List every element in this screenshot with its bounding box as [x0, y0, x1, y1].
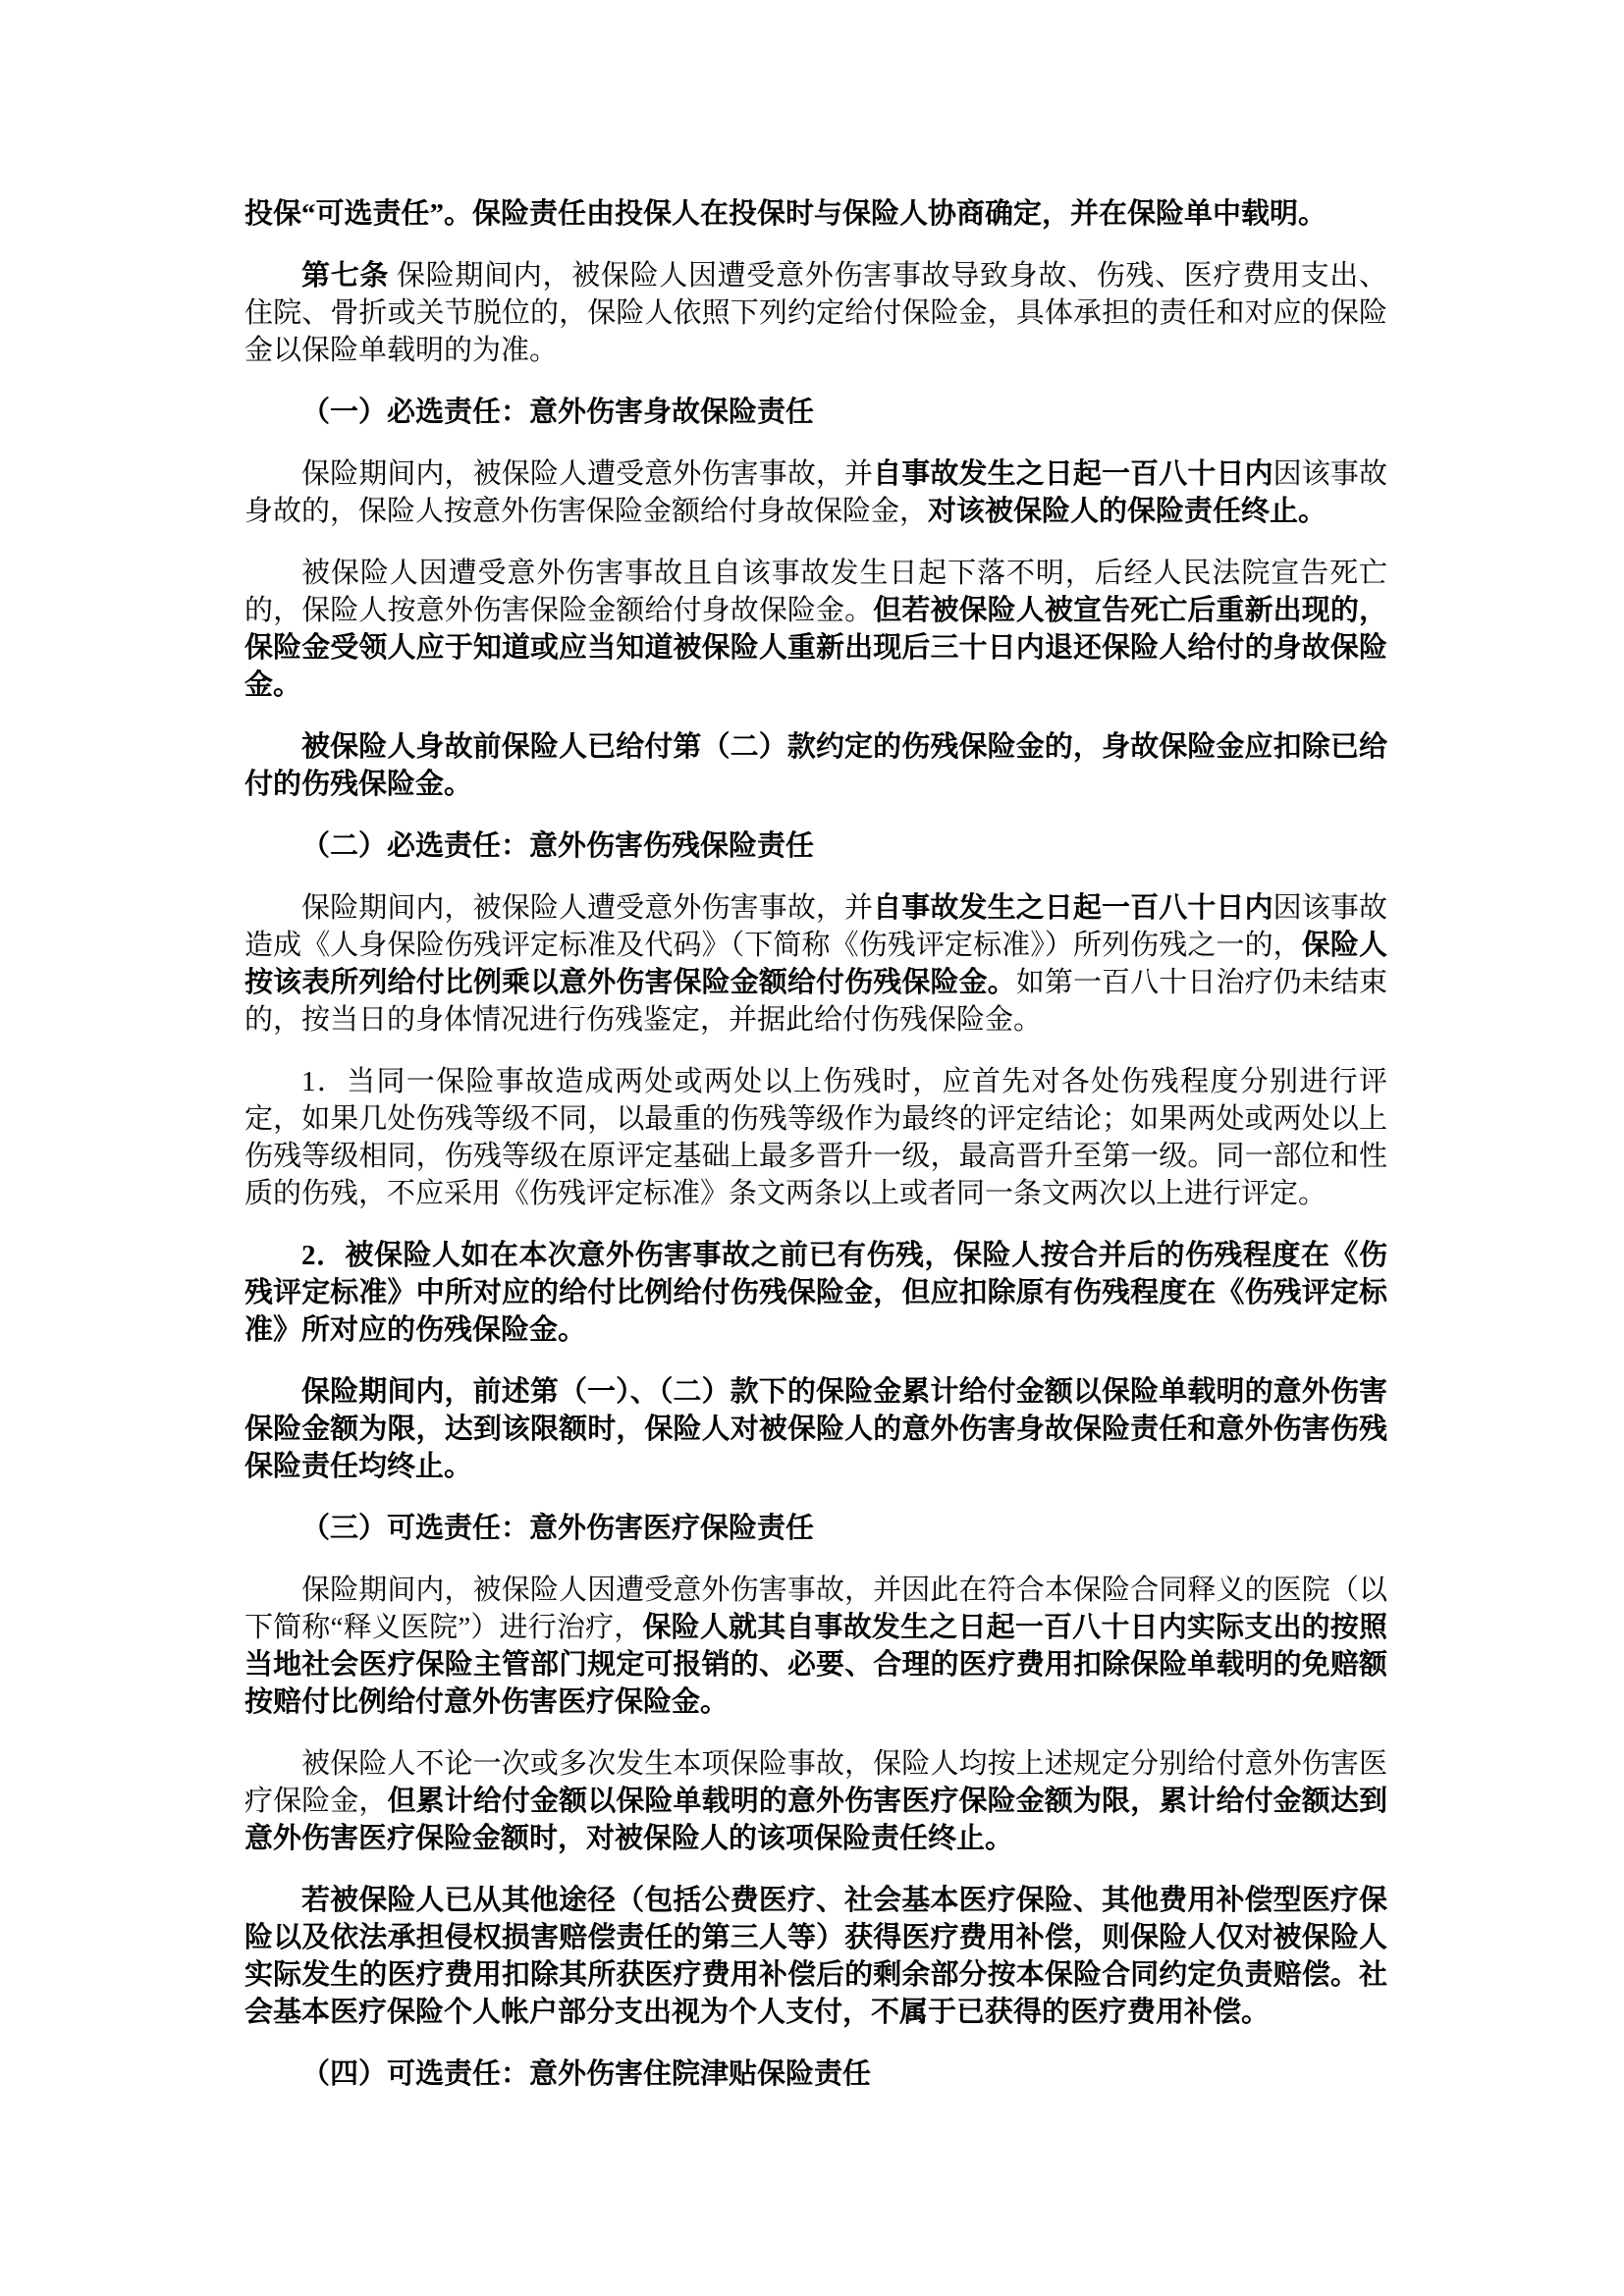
- heading-clause-4-hospital-allowance: （四）可选责任：意外伤害住院津贴保险责任: [244, 2056, 1387, 2093]
- text-run: （四）可选责任：意外伤害住院津贴保险责任: [301, 2058, 871, 2090]
- text-run: 投保“可选责任”。保险责任由投保人在投保时与保险人协商确定，并在保险单中载明。: [244, 198, 1326, 230]
- para-medical-limit: 被保险人不论一次或多次发生本项保险事故，保险人均按上述规定分别给付意外伤害医疗保…: [244, 1745, 1387, 1857]
- text-run: 1．当同一保险事故造成两处或两处以上伤残时，应首先对各处伤残程度分别进行评定，如…: [244, 1066, 1387, 1209]
- para-death-benefit: 保险期间内，被保险人遭受意外伤害事故，并自事故发生之日起一百八十日内因该事故身故…: [244, 455, 1387, 530]
- text-run: （三）可选责任：意外伤害医疗保险责任: [301, 1513, 814, 1544]
- document-content: 投保“可选责任”。保险责任由投保人在投保时与保险人协商确定，并在保险单中载明。第…: [244, 195, 1387, 2117]
- para-declared-death: 被保险人因遭受意外伤害事故且自该事故发生日起下落不明，后经人民法院宣告死亡的，保…: [244, 555, 1387, 704]
- heading-clause-1-death: （一）必选责任：意外伤害身故保险责任: [244, 394, 1387, 431]
- text-run: 保险期间内，被保险人因遭受意外伤害事故导致身故、伤残、医疗费用支出、住院、骨折或…: [244, 260, 1387, 366]
- para-medical-benefit: 保险期间内，被保险人因遭受意外伤害事故，并因此在符合本保险合同释义的医院（以下简…: [244, 1572, 1387, 1721]
- para-other-compensation: 若被保险人已从其他途径（包括公费医疗、社会基本医疗保险、其他费用补偿型医疗保险以…: [244, 1882, 1387, 2031]
- para-deduct-paid-disability: 被保险人身故前保险人已给付第（二）款约定的伤残保险金的，身故保险金应扣除已给付的…: [244, 728, 1387, 803]
- text-run: 自事故发生之日起一百八十日内: [873, 458, 1273, 490]
- text-run: 自事故发生之日起一百八十日内: [873, 892, 1273, 924]
- para-article-7: 第七条 保险期间内，被保险人因遭受意外伤害事故导致身故、伤残、医疗费用支出、住院…: [244, 257, 1387, 369]
- document-page: 投保“可选责任”。保险责任由投保人在投保时与保险人协商确定，并在保险单中载明。第…: [0, 0, 1624, 2296]
- para-item-1-multiple-disability: 1．当同一保险事故造成两处或两处以上伤残时，应首先对各处伤残程度分别进行评定，如…: [244, 1063, 1387, 1212]
- text-run: 但累计给付金额以保险单载明的意外伤害医疗保险金额为限，累计给付金额达到意外伤害医…: [244, 1786, 1387, 1854]
- text-run: （一）必选责任：意外伤害身故保险责任: [301, 397, 814, 428]
- text-run: 对该被保险人的保险责任终止。: [928, 496, 1326, 527]
- heading-clause-2-disability: （二）必选责任：意外伤害伤残保险责任: [244, 828, 1387, 865]
- para-disability-benefit: 保险期间内，被保险人遭受意外伤害事故，并自事故发生之日起一百八十日内因该事故造成…: [244, 889, 1387, 1039]
- text-run: 保险期间内，被保险人遭受意外伤害事故，并: [301, 892, 873, 924]
- text-run: 保险期间内，被保险人遭受意外伤害事故，并: [301, 458, 873, 490]
- para-continuation-optional-liability: 投保“可选责任”。保险责任由投保人在投保时与保险人协商确定，并在保险单中载明。: [244, 195, 1387, 233]
- text-run: 2．被保险人如在本次意外伤害事故之前已有伤残，保险人按合并后的伤残程度在《伤残评…: [244, 1240, 1387, 1346]
- text-run: 第七条: [301, 260, 397, 292]
- para-cumulative-limit: 保险期间内，前述第（一）、（二）款下的保险金累计给付金额以保险单载明的意外伤害保…: [244, 1373, 1387, 1485]
- text-run: 保险期间内，前述第（一）、（二）款下的保险金累计给付金额以保险单载明的意外伤害保…: [244, 1376, 1387, 1482]
- text-run: 若被保险人已从其他途径（包括公费医疗、社会基本医疗保险、其他费用补偿型医疗保险以…: [244, 1885, 1387, 2028]
- text-run: 被保险人身故前保险人已给付第（二）款约定的伤残保险金的，身故保险金应扣除已给付的…: [244, 731, 1387, 800]
- heading-clause-3-medical: （三）可选责任：意外伤害医疗保险责任: [244, 1510, 1387, 1547]
- text-run: （二）必选责任：意外伤害伤残保险责任: [301, 830, 814, 862]
- para-item-2-preexisting-disability: 2．被保险人如在本次意外伤害事故之前已有伤残，保险人按合并后的伤残程度在《伤残评…: [244, 1237, 1387, 1349]
